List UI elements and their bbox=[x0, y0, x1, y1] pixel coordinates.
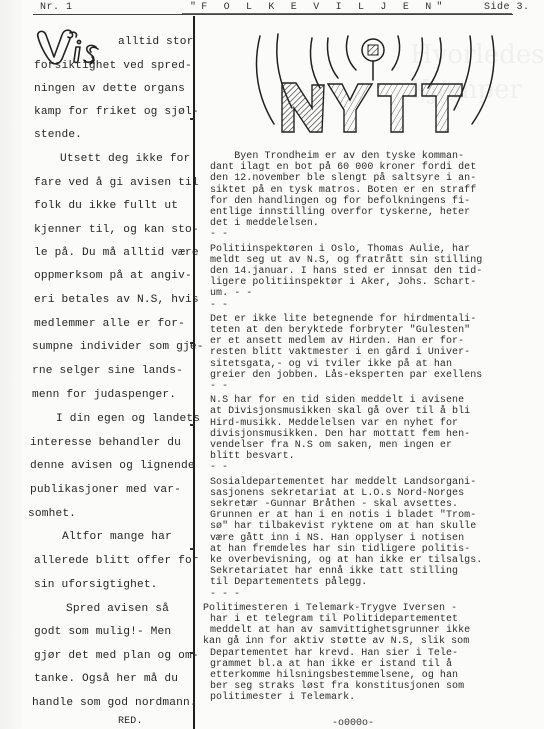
article-text-line: teten at den beryktede forbryter "Gulest… bbox=[210, 325, 470, 336]
article-text-line: greier den jobben. Lås-eksperten par exe… bbox=[210, 370, 482, 381]
article-text-line: at han fremdeles har sin tidligere polit… bbox=[210, 544, 470, 555]
left-text-line: stende. bbox=[34, 129, 82, 141]
left-text-line: forsiktighet ved spred- bbox=[34, 60, 192, 72]
article-text-line: meddelt at han av samvittighetsgrunner i… bbox=[210, 625, 470, 636]
article-separator: - - bbox=[210, 381, 228, 392]
left-text-line: oppmerksom på at angiv- bbox=[34, 270, 192, 282]
article-text-line: entlige innstilling overfor tyskerne, he… bbox=[210, 207, 470, 218]
left-text-line: godt som mulig!- Men bbox=[34, 626, 171, 638]
article-text-line: det i meddelelsen. bbox=[210, 218, 319, 229]
article-text-line: sekretær -Gunnar Bråthen - skal avsettes… bbox=[210, 499, 458, 510]
left-text-line: interesse behandler du bbox=[30, 437, 181, 449]
article-text-line: Sekretariatet har ennå ikke tatt stillin… bbox=[210, 566, 458, 577]
left-text-line: tanke. Også her må du bbox=[34, 673, 178, 685]
header-rule-thick bbox=[182, 13, 512, 14]
divider-mark bbox=[190, 118, 194, 120]
article-text-line: er et ansett medlem av Hirden. Han er fo… bbox=[210, 336, 464, 347]
article-text-line: sø" har tilbakevist ryktene om at han sk… bbox=[210, 521, 476, 532]
article-text-line: N.S har for en tid siden meddelt i avise… bbox=[210, 395, 464, 406]
article-text-line: Politimesteren i Telemark-Trygve Iversen… bbox=[203, 603, 457, 614]
left-text-line: ningen av dette organs bbox=[34, 83, 185, 95]
left-text-line: alltid stor bbox=[118, 36, 194, 48]
article-text-line: meldt seg ut av N.S, og fratrått sin sti… bbox=[210, 255, 482, 266]
left-text-line: sin uforsigtighet. bbox=[34, 579, 158, 591]
article-text-line: sitetsgata,- og vi tviler ikke på at han bbox=[210, 359, 452, 370]
newspaper-page: Hvorledes 3S U- Kjemper Nr. 1 "F O L K E… bbox=[0, 0, 544, 729]
left-text-line: le på. Du må alltid være bbox=[34, 247, 199, 259]
divider-mark bbox=[190, 548, 194, 550]
left-text-line: menn for judaspenger. bbox=[32, 389, 176, 401]
article-text-line: for den handlingen og for befolkningens … bbox=[210, 196, 470, 207]
left-text-line: handle som god nordmann. bbox=[32, 697, 197, 709]
article-separator: - - bbox=[210, 300, 228, 311]
article-separator: - - bbox=[210, 229, 228, 240]
left-text-line: sumpne individer som gje- bbox=[32, 341, 204, 353]
left-text-line: medlemmer alle er for- bbox=[34, 318, 185, 330]
article-text-line: divisjonsmusikken. Den har mottatt fem h… bbox=[210, 429, 470, 440]
article-text-line: Departementet har krevd. Han sier i Tele… bbox=[210, 648, 458, 659]
article-text-line: den 14.januar. I hans sted er innsat den… bbox=[210, 266, 482, 277]
left-text-line: somhet. bbox=[28, 508, 76, 520]
column-divider bbox=[193, 16, 195, 729]
article-text-line: ke overbevisning, og at han ikke er tils… bbox=[210, 555, 482, 566]
article-text-line: ligere politiinspektør i Aker, Johs. Sch… bbox=[210, 277, 476, 288]
article-text-line: politimester i Telemark. bbox=[210, 692, 355, 703]
left-text-line: publikasjoner med var- bbox=[30, 484, 181, 496]
article-separator: - - bbox=[210, 462, 228, 473]
article-text-line: resten blitt vaktmester i en gård i Univ… bbox=[210, 347, 470, 358]
left-text-line: Spred avisen så bbox=[66, 603, 169, 615]
article-text-line: vendelser fra N.S om saken, men ingen er bbox=[210, 440, 452, 451]
article-text-line: kan gå inn for aktiv støtte av N.S, slik… bbox=[203, 636, 469, 647]
nytt-radio-logo-icon bbox=[222, 28, 522, 140]
article-text-line: um. - - bbox=[210, 288, 252, 299]
article-text-line: være gått inn i NS. Han opplyser i notis… bbox=[210, 533, 464, 544]
article-text-line: Politiinspektøren i Oslo, Thomas Aulie, … bbox=[210, 244, 470, 255]
article-text-line: Sosialdepartementet har meddelt Landsorg… bbox=[210, 477, 476, 488]
header-rule bbox=[33, 14, 513, 15]
left-text-line: folk du ikke fullt ut bbox=[34, 200, 178, 212]
article-text-line: til Departementets pålegg. bbox=[210, 577, 367, 588]
article-text-line: sasjonens sekretariat at L.O.s Nord-Norg… bbox=[210, 488, 464, 499]
article-text-line: Grunnen er at han i en notis i bladet "T… bbox=[210, 510, 476, 521]
article-separator: - - - bbox=[210, 589, 240, 600]
article-text-line: at Divisjonsmusikken skal gå over til å … bbox=[210, 406, 470, 417]
left-text-line: gjør det med plan og om- bbox=[34, 650, 199, 662]
left-text-line: kjenner til, og kan sto- bbox=[34, 224, 199, 236]
left-text-line: allerede blitt offer for bbox=[34, 555, 199, 567]
issue-number: Nr. 1 bbox=[40, 2, 73, 13]
article-text-line: ber seg straks løst fra konstitusjonen s… bbox=[210, 681, 464, 692]
left-text-line: fare ved å gi avisen til bbox=[34, 177, 199, 189]
left-text-line: Altfor mange har bbox=[62, 531, 172, 543]
left-text-line: eri betales av N.S, hvis bbox=[34, 294, 199, 306]
left-text-line: denne avisen og lignende bbox=[30, 460, 195, 472]
article-text-line: Hird-musikk. Meddelelsen var en nyhet fo… bbox=[210, 418, 458, 429]
page-number: Side 3. bbox=[484, 2, 530, 13]
page-edge-shadow bbox=[0, 0, 22, 729]
end-mark: -o000o- bbox=[332, 718, 374, 729]
article-text-line: Det er ikke lite betegnende for hirdment… bbox=[210, 314, 476, 325]
article-text-line: blitt besvart. bbox=[210, 451, 295, 462]
article-text-line: etterkomme hilsningsbestemmelsene, og ha… bbox=[210, 670, 458, 681]
article-text-line: siktet på en tysk matros. Boten er en st… bbox=[210, 185, 476, 196]
left-text-line: Utsett deg ikke for bbox=[60, 153, 190, 165]
article-text-line: har i et telegram til Politidepartemente… bbox=[210, 614, 458, 625]
left-text-line: rne selger sine lands- bbox=[32, 365, 183, 377]
article-text-line: Byen Trondheim er av den tyske komman- bbox=[210, 151, 464, 162]
article-text-line: den 12.november ble slengt på saltsyre i… bbox=[210, 173, 476, 184]
article-text-line: grammet bl.a at han ikke er istand til å bbox=[210, 659, 452, 670]
article-text-line: dant ilagt en bot på 60 000 kroner fordi… bbox=[210, 162, 476, 173]
left-text-line: kamp for friket og sjøl- bbox=[34, 106, 199, 118]
newspaper-title: "F O L K E V I L J E N" bbox=[190, 2, 448, 13]
left-text-line: RED. bbox=[118, 716, 143, 727]
left-text-line: I din egen og landets bbox=[56, 413, 200, 425]
